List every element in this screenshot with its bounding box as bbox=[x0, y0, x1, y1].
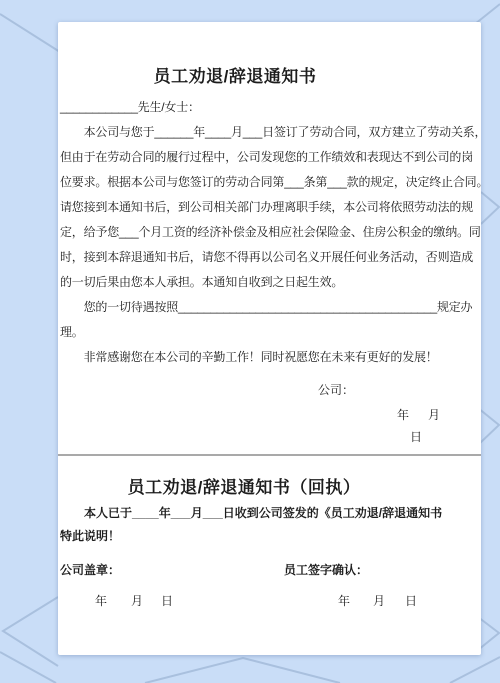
receipt-right-date-day-label: 日 bbox=[405, 594, 417, 609]
notice-body-line: ____________先生/女士： bbox=[60, 95, 478, 120]
company-seal-label: 公司盖章： bbox=[60, 563, 120, 578]
lattice-line bbox=[0, 14, 60, 52]
receipt-statement-line: 特此说明！ bbox=[60, 529, 120, 544]
receipt-left-date-year-label: 年 bbox=[95, 594, 107, 609]
notice-date-month-label: 月 bbox=[428, 408, 440, 423]
notice-title: 员工劝退/辞退通知书 bbox=[58, 62, 412, 87]
lattice-line bbox=[0, 652, 56, 683]
employee-signature-label: 员工签字确认： bbox=[284, 563, 368, 578]
receipt-acknowledgement-line: 本人已于____年___月___日收到公司签发的《员工劝退/辞退通知书 bbox=[60, 506, 442, 521]
lattice-line bbox=[478, 617, 499, 650]
company-signature-label: 公司： bbox=[318, 383, 354, 398]
notice-body-line: 理。 bbox=[60, 320, 478, 345]
notice-document-paper: 员工劝退/辞退通知书 ____________先生/女士： 本公司与您于____… bbox=[58, 22, 481, 655]
receipt-left-date-day-label: 日 bbox=[161, 594, 173, 609]
receipt-title: 员工劝退/辞退通知书（回执） bbox=[58, 473, 430, 498]
receipt-left-date-month-label: 月 bbox=[131, 594, 143, 609]
notice-body-line: 本公司与您于______年____月___日签订了劳动合同，双方建立了劳动关系， bbox=[60, 120, 478, 145]
section-divider bbox=[58, 454, 481, 456]
notice-body-line: 但由于在劳动合同的履行过程中，公司发现您的工作绩效和表现达不到公司的岗 bbox=[60, 145, 478, 170]
receipt-right-date-month-label: 月 bbox=[373, 594, 385, 609]
page: { "colors": { "bg": "#c9ddf7", "lattice"… bbox=[0, 0, 500, 683]
notice-body-line: 位要求。根据本公司与您签订的劳动合同第___条第___款的规定，决定终止合同。 bbox=[60, 170, 478, 195]
lattice-line bbox=[3, 597, 58, 666]
notice-body-line: 请您接到本通知书后，到公司相关部门办理离职手续，本公司将依照劳动法的规 bbox=[60, 195, 478, 220]
lattice-line bbox=[145, 658, 340, 683]
receipt-right-date-year-label: 年 bbox=[338, 594, 350, 609]
notice-body-line: 的一切后果由您本人承担。本通知自收到之日起生效。 bbox=[60, 270, 478, 295]
notice-date-year-label: 年 bbox=[397, 408, 409, 423]
notice-body-line: 时，接到本辞退通知书后，请您不得再以公司名义开展任何业务活动，否则造成 bbox=[60, 245, 478, 270]
notice-body-line: 定，给予您___个月工资的经济补偿金及相应社会保险金、住房公积金的缴纳。同 bbox=[60, 220, 478, 245]
lattice-line bbox=[450, 657, 500, 683]
lattice-line bbox=[481, 192, 499, 224]
notice-body-line: 非常感谢您在本公司的辛勤工作！同时祝愿您在未来有更好的发展！ bbox=[60, 345, 478, 370]
notice-body-line: 您的一切待遇按照________________________________… bbox=[60, 295, 478, 320]
notice-body: ____________先生/女士： 本公司与您于______年____月___… bbox=[60, 95, 478, 370]
lattice-line bbox=[478, 408, 499, 444]
notice-date-day-label: 日 bbox=[410, 430, 422, 445]
